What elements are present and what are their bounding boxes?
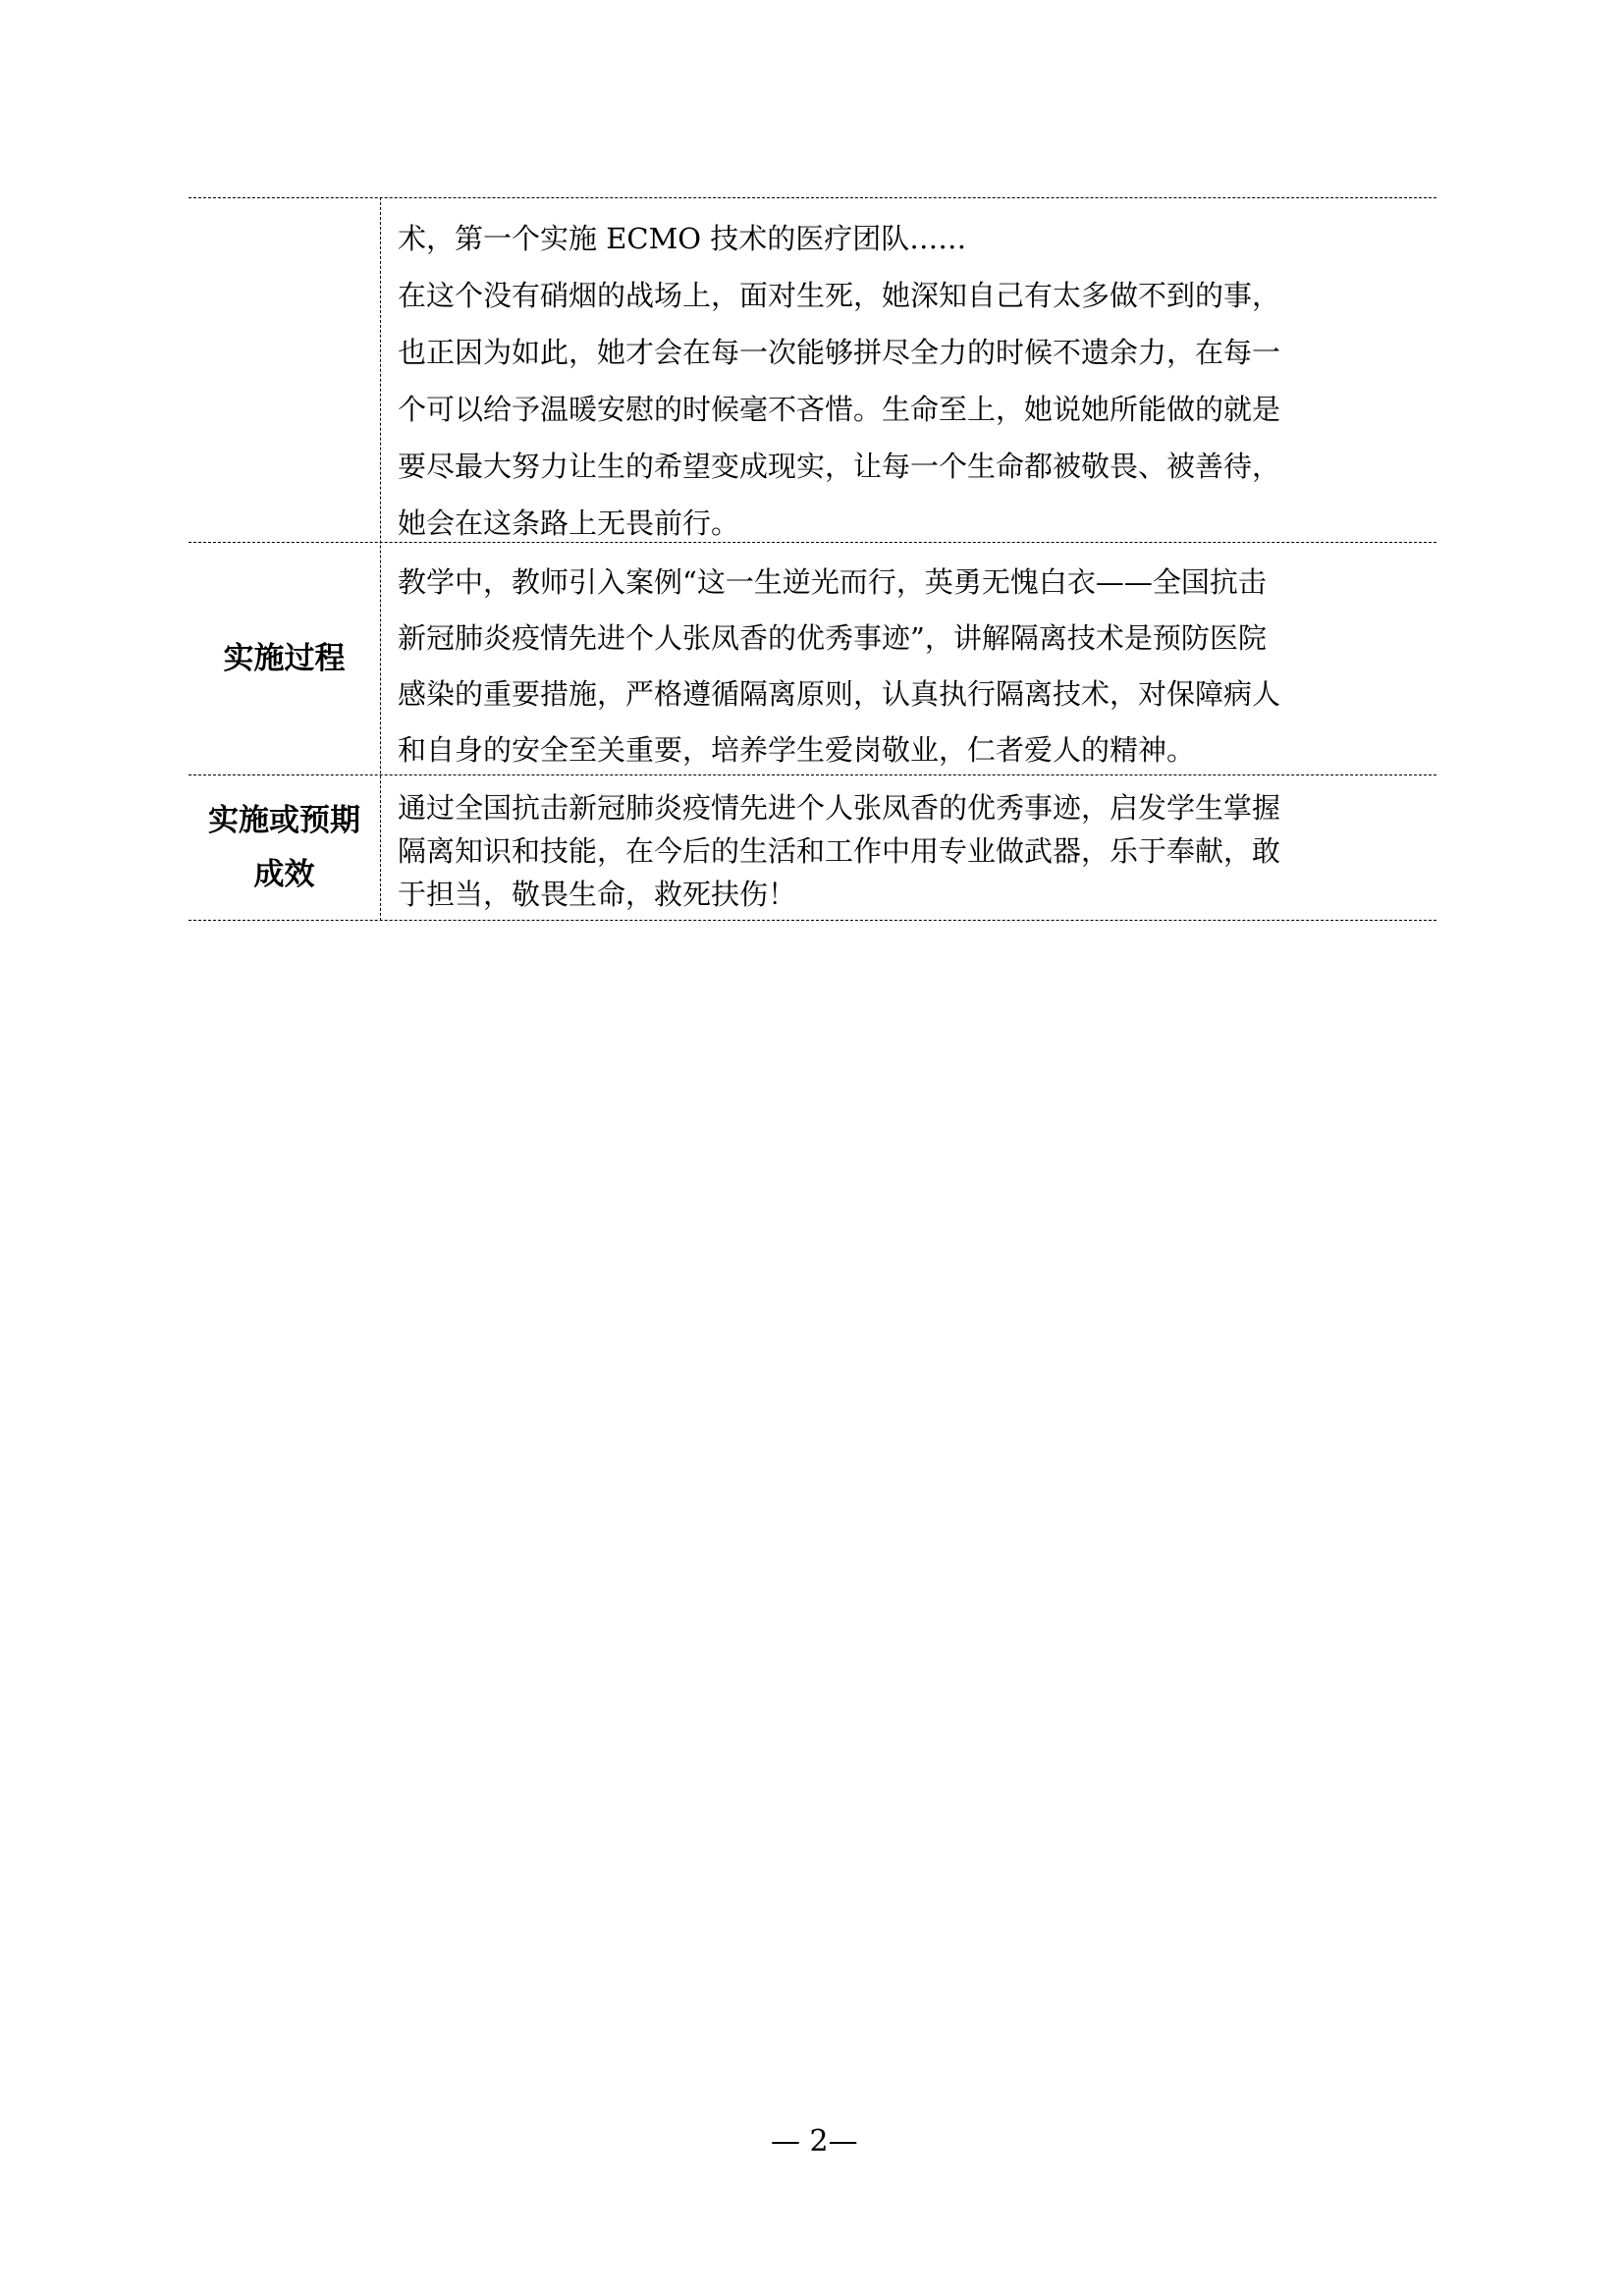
text-line: 新冠肺炎疫情先进个人张凤香的优秀事迹”，讲解隔离技术是预防医院 bbox=[398, 611, 1424, 667]
row-label-empty bbox=[189, 198, 380, 542]
text-line: 和自身的安全至关重要，培养学生爱岗敬业，仁者爱人的精神。 bbox=[398, 722, 1424, 778]
text-line: 她会在这条路上无畏前行。 bbox=[398, 495, 1424, 552]
text-line: 要尽最大努力让生的希望变成现实，让每一个生命都被敬畏、被善待， bbox=[398, 438, 1424, 495]
text-line: 术，第一个实施 ECMO 技术的医疗团队…… bbox=[398, 210, 1424, 267]
row-content-process: 教学中，教师引入案例“这一生逆光而行，英勇无愧白衣——全国抗击 新冠肺炎疫情先进… bbox=[398, 555, 1424, 778]
label-text: 成效 bbox=[254, 848, 315, 902]
text-line: 隔离知识和技能，在今后的生活和工作中用专业做武器，乐于奉献，敢 bbox=[398, 829, 1424, 873]
text-line: 在这个没有硝烟的战场上，面对生死，她深知自己有太多做不到的事， bbox=[398, 267, 1424, 324]
table-bottom-border bbox=[189, 920, 1436, 921]
page-number: — 2— bbox=[771, 2126, 851, 2158]
row-content-story: 术，第一个实施 ECMO 技术的医疗团队…… 在这个没有硝烟的战场上，面对生死，… bbox=[398, 210, 1424, 552]
text-line: 于担当，敬畏生命，救死扶伤！ bbox=[398, 873, 1424, 916]
text-line: 也正因为如此，她才会在每一次能够拼尽全力的时候不遗余力，在每一 bbox=[398, 324, 1424, 381]
label-text: 实施过程 bbox=[224, 632, 346, 686]
label-text: 实施或预期 bbox=[208, 794, 360, 848]
row-content-outcome: 通过全国抗击新冠肺炎疫情先进个人张凤香的优秀事迹，启发学生掌握 隔离知识和技能，… bbox=[398, 786, 1424, 916]
text-line: 通过全国抗击新冠肺炎疫情先进个人张凤香的优秀事迹，启发学生掌握 bbox=[398, 786, 1424, 829]
text-line: 个可以给予温暖安慰的时候毫不吝惜。生命至上，她说她所能做的就是 bbox=[398, 381, 1424, 438]
row-label-outcome: 实施或预期 成效 bbox=[189, 775, 380, 920]
text-line: 教学中，教师引入案例“这一生逆光而行，英勇无愧白衣——全国抗击 bbox=[398, 555, 1424, 611]
column-divider bbox=[380, 197, 381, 921]
text-line: 感染的重要措施，严格遵循隔离原则，认真执行隔离技术，对保障病人 bbox=[398, 667, 1424, 722]
row-label-process: 实施过程 bbox=[189, 543, 380, 774]
document-page: 术，第一个实施 ECMO 技术的医疗团队…… 在这个没有硝烟的战场上，面对生死，… bbox=[0, 0, 1624, 2296]
